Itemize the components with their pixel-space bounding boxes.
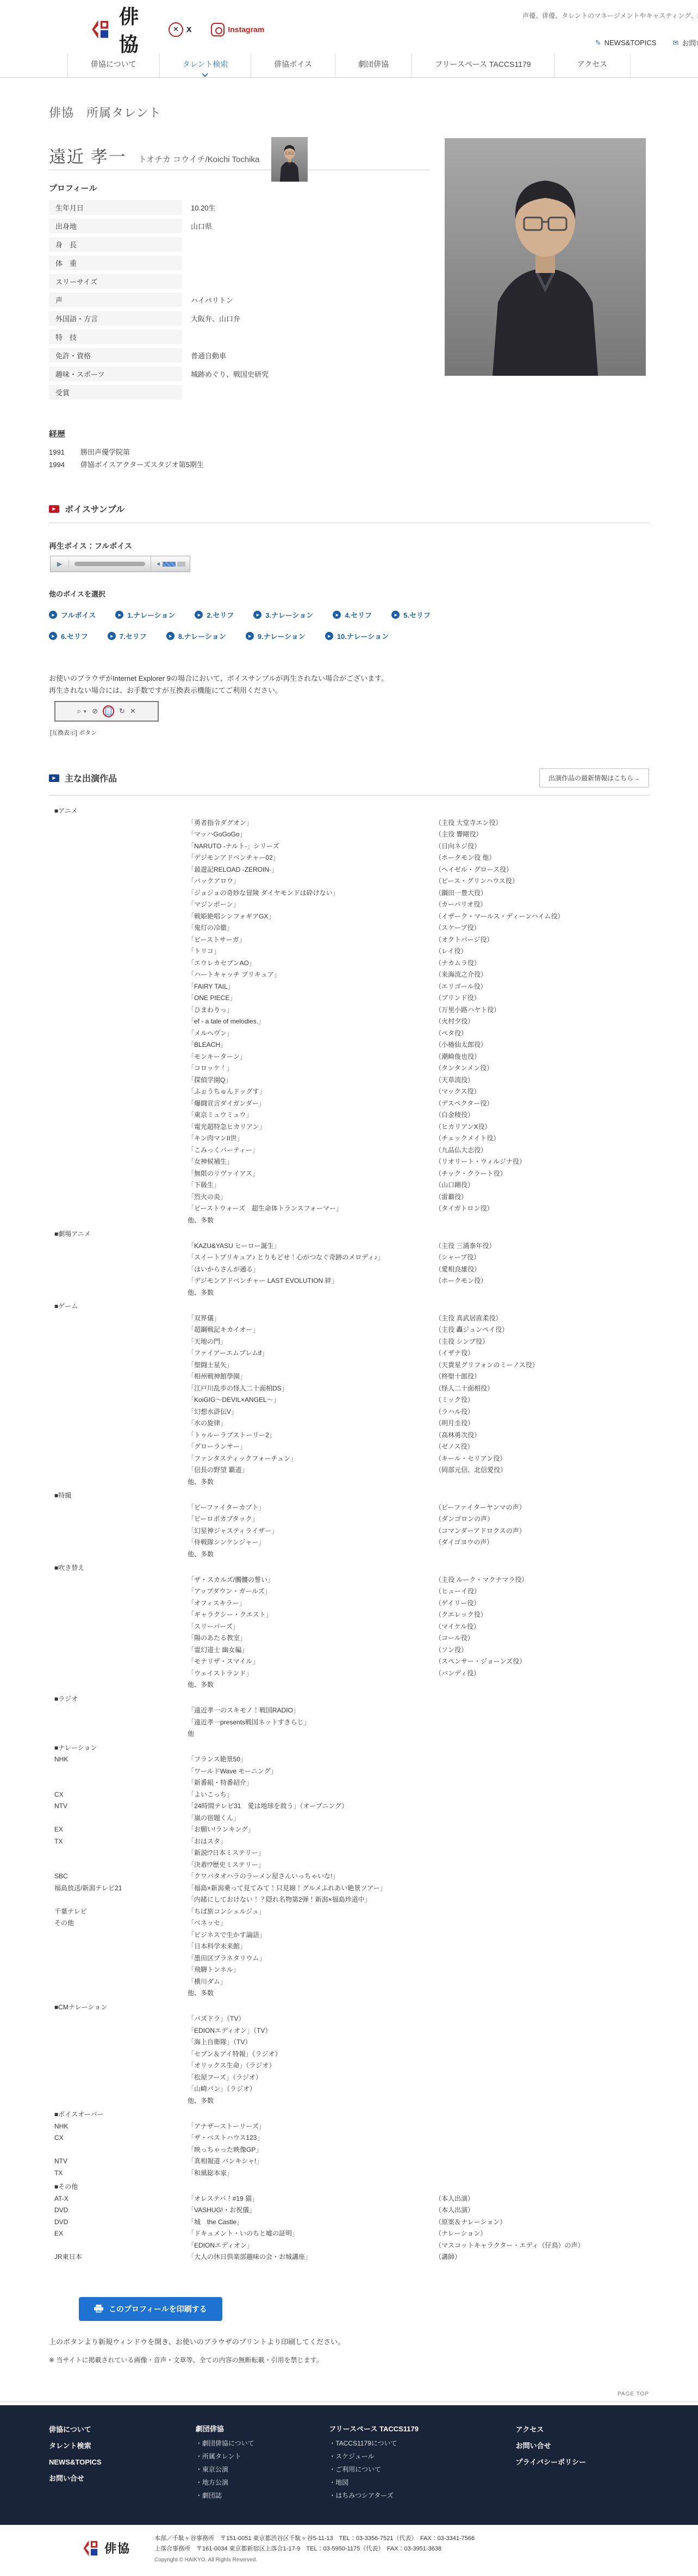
work-role: （エリゴール役） (435, 981, 649, 993)
voice-button-v8[interactable]: ▶8.ナレーション (166, 631, 226, 641)
works-row: 「山崎パン」（ラジオ） (49, 2083, 649, 2095)
work-station (49, 1941, 182, 1953)
work-title: 「アナザーストーリーズ」 (182, 2121, 435, 2133)
mail-icon: ✉ (672, 39, 678, 47)
x-link[interactable]: ✕ X (169, 22, 191, 37)
work-title: 「水の旋律」 (182, 1418, 435, 1430)
work-title: 「松屋フーズ」（ラジオ） (182, 2072, 435, 2084)
work-station (49, 1812, 182, 1824)
work-title: 「和風総本家」 (182, 2168, 435, 2180)
works-row: 「メルヘヴン」（ペタ役） (49, 1028, 649, 1040)
work-role: （コール役） (435, 1632, 649, 1644)
work-role (435, 2060, 649, 2072)
work-role: （ナカムラ役） (435, 958, 649, 970)
work-role: （イザーク・マールス・ディーンハイム役） (435, 911, 649, 923)
work-role (435, 1705, 649, 1717)
seek-bar[interactable] (74, 562, 145, 566)
works-row: 「聖闘士星矢」（天貴星グリフォンのミーノス役） (49, 1360, 649, 1371)
profile-row: 特 技 (49, 330, 429, 344)
work-role (435, 1777, 649, 1789)
works-row: 「爆闘宣言ダイガンダー」（デスペクター役） (49, 1098, 649, 1110)
profile-row: 趣味・スポーツ城跡めぐり、戦国史研究 (49, 367, 429, 381)
audio-player: ▶ ◄ (50, 556, 190, 572)
work-station (49, 1264, 182, 1276)
work-role: （ヒカリアンX役） (435, 1121, 649, 1133)
works-more: 他、多数 (182, 2095, 435, 2107)
works-row: 「烈火の炎」（雷覇役） (49, 1191, 649, 1203)
work-role: （万里小路ハヤト役） (435, 1004, 649, 1016)
works-row: 「横川ダム」 (49, 1976, 649, 1988)
works-more-spacer (49, 1476, 182, 1488)
work-station (49, 2037, 182, 2049)
works-row: DVD「VASHUG!・お祝儀」（本人出演） (49, 2205, 649, 2217)
footer-heading-gekidan: 劇団俳協 (196, 2422, 329, 2437)
work-station (49, 1348, 182, 1360)
profile-row: 声ハイバリトン (49, 293, 429, 307)
play-circle-icon: ▶ (246, 632, 254, 640)
profile-row: 身 長 (49, 237, 429, 252)
voice-button-v5[interactable]: ▶5.セリフ (391, 610, 431, 620)
work-role: （タイガトロン役） (435, 1203, 649, 1215)
works-row: その他「ベネッセ」 (49, 1917, 649, 1929)
ie-note-line2: 再生されない場合には、お手数ですが互換表示機能にてご利用ください。 (49, 685, 649, 697)
work-title: 「コロッケ！」 (182, 1063, 435, 1075)
works-more-spacer (49, 1549, 182, 1561)
career-text: 俳協ボイスアクターズスタジオ第5期生 (80, 461, 204, 469)
work-station (49, 876, 182, 887)
work-title: 「VASHUG!・お祝儀」 (182, 2205, 435, 2217)
works-more-row: 他、多数 (49, 2095, 649, 2107)
footer-link[interactable]: ・東京公演 (196, 2463, 329, 2476)
voice-button-v3[interactable]: ▶3.ナレーション (253, 610, 313, 620)
work-role: （ゼノス役） (435, 1441, 649, 1453)
work-role: （本人出演） (435, 2193, 649, 2205)
voice-button-v10[interactable]: ▶10.ナレーション (325, 631, 389, 641)
work-role: （カーバリオ役） (435, 899, 649, 911)
work-role: （潮崎俊也役） (435, 1051, 649, 1063)
work-title: 「海上自衛隊」（TV） (182, 2037, 435, 2049)
header-link-news[interactable]: ✎NEWS&TOPICS (595, 38, 657, 48)
work-title: 「24時間テレビ31 愛は地球を救う」（オープニング） (182, 1801, 435, 1812)
work-station (49, 2240, 182, 2252)
work-title: 「戦姫絶唱シンフォギアGX」 (182, 911, 435, 923)
work-role (435, 1836, 649, 1848)
work-title: 「お願い!ランキング」 (182, 1824, 435, 1836)
work-role (435, 2037, 649, 2049)
work-station: TX (49, 2168, 182, 2180)
profile-row: 受賞 (49, 385, 429, 400)
dropdown-caret-icon: ▼ (83, 709, 87, 714)
works-row: 「デジモンアドベンチャー LAST EVOLUTION 絆」（ホークモン役） (49, 1275, 649, 1287)
profile-label: 受賞 (49, 385, 182, 400)
work-station (49, 1168, 182, 1180)
voice-button-label: 4.セリフ (345, 610, 372, 620)
works-category-row: ■その他 (49, 2181, 649, 2193)
work-title: 「双界儀」 (182, 1313, 435, 1325)
work-title: 「下級生」 (182, 1180, 435, 1191)
work-station (49, 1847, 182, 1859)
profile-label: スリーサイズ (49, 274, 182, 289)
nav-item-taccs1179[interactable]: フリースペース TACCS1179 (412, 53, 553, 77)
work-title: 「BLEACH」 (182, 1039, 435, 1051)
works-category-row: ■ナレーション (49, 1742, 649, 1754)
footer-link[interactable]: 俳協について (49, 2422, 196, 2438)
work-title: 「ちば旅コンシェルジュ」 (182, 1906, 435, 1918)
play-circle-icon: ▶ (325, 632, 333, 640)
works-row: 「スイートプリキュア♪ とりもどせ！心がつなぐ奇跡のメロディ♪」（シャープ役） (49, 1252, 649, 1264)
work-station (49, 2049, 182, 2060)
work-title: 「墨田区プラネタリウム」 (182, 1953, 435, 1965)
nav-item-about[interactable]: 俳協について (67, 53, 159, 77)
works-row: 「江戸川乱歩の怪人二十面相DS」（怪人二十面相役） (49, 1383, 649, 1395)
profile-value (182, 330, 200, 344)
work-station (49, 1717, 182, 1729)
footer-link[interactable]: ・劇団誌 (196, 2489, 329, 2502)
work-station: SBC (49, 1871, 182, 1883)
work-role: （愛相良雄役） (435, 1264, 649, 1276)
ie-note: お使いのブラウザがInternet Explorer 9の場合において、ボイスサ… (49, 673, 649, 697)
page-title: 俳協 所属タレント (49, 104, 649, 121)
compat-view-icon (105, 707, 111, 715)
voice-button-label: 8.ナレーション (178, 631, 226, 641)
work-role: （ナレーション） (435, 2228, 649, 2240)
works-more-row: 他、多数 (49, 1476, 649, 1488)
now-playing-label: 再生ボイス：フルボイス (49, 541, 649, 551)
site-logo-text: 俳協 (119, 2, 149, 57)
talent-name-row: 遠近 孝一 トオチカ コウイチ/Koichi Tochika (49, 137, 429, 170)
header-links: ✎NEWS&TOPICS✉お問い合せ▢プライバシーポリシー (595, 38, 698, 48)
works-row: 「相州戦神館學園」（柊聖十郎役） (49, 1371, 649, 1383)
works-row: 「ビジネスで生かす論語」 (49, 1929, 649, 1941)
speaker-icon: ◄ (155, 561, 161, 567)
work-title: 「ドキュメント・いのちと嘘の証明」 (182, 2228, 435, 2240)
compat-highlight-ring (103, 705, 114, 717)
copyright: Copyright © HAIKYO. All Rights Reserved. (154, 2557, 475, 2563)
work-station: DVD (49, 2205, 182, 2217)
works-row: 「エウレカセブンAO」（ナカムラ役） (49, 958, 649, 970)
work-role (435, 1871, 649, 1883)
work-title: 「超鋼戦記キカイオー」 (182, 1324, 435, 1336)
voice-button-v2[interactable]: ▶2.セリフ (195, 610, 234, 620)
works-more: 他、多数 (182, 1988, 435, 2000)
works-category: ■劇場アニメ (49, 1228, 649, 1240)
work-role (435, 1883, 649, 1895)
works-row: 「決着!?歴史ミステリー」 (49, 1859, 649, 1871)
profile-row: 体 重 (49, 256, 429, 270)
footer-link[interactable]: お問い合せ (516, 2438, 649, 2454)
work-title: 「横川ダム」 (182, 1976, 435, 1988)
work-role: （天草流役） (435, 1075, 649, 1087)
work-station (49, 2083, 182, 2095)
footer-link[interactable]: ・TACCS1179について (329, 2437, 515, 2450)
work-station (49, 1039, 182, 1051)
work-title: 「KoiGIG～DEVIL×ANGEL～」 (182, 1394, 435, 1406)
work-station (49, 1203, 182, 1215)
work-station: EX (49, 2228, 182, 2240)
works-row: 「パズドラ」（TV） (49, 2013, 649, 2025)
work-role (435, 1859, 649, 1871)
works-row: 「ワールドWave モーニング」 (49, 1766, 649, 1778)
work-role: （スペンサー・ジョーンズ役） (435, 1656, 649, 1668)
profile-label: 趣味・スポーツ (49, 367, 182, 381)
work-station (49, 946, 182, 958)
talent-name: 遠近 孝一 (49, 143, 127, 167)
works-more-spacer (49, 1679, 182, 1691)
work-title: 「ギャラクシー・クエスト」 (182, 1609, 435, 1621)
work-role: （ヒューイ役） (435, 1586, 649, 1598)
work-station (49, 1145, 182, 1157)
work-role: （高林勇次役） (435, 1430, 649, 1442)
works-more: 他、多数 (182, 1287, 435, 1299)
work-title: 「ベネッセ」 (182, 1917, 435, 1929)
work-role: （コマンダーアドロクスの声） (435, 1525, 649, 1537)
works-latest-button[interactable]: 出演作品の最新情報はこちら→ (539, 768, 649, 787)
work-role: （イザナ役） (435, 1348, 649, 1360)
works-row: 「遠近孝一のスキモノ！戦国RADIO」 (49, 1705, 649, 1717)
work-role (435, 1917, 649, 1929)
header-right: 声優、俳優、タレントのマネージメントやキャスティング、劇団俳協でのミュージカル、… (264, 7, 698, 52)
profile-row: 外国語・方言大阪弁、山口弁 (49, 311, 429, 326)
nav-item-talent-search[interactable]: タレント検索 (159, 53, 251, 77)
footer-col-taccs: フリースペース TACCS1179 ・TACCS1179について・スケジュール・… (329, 2422, 515, 2502)
footer-link[interactable]: ・スケジュール (329, 2450, 515, 2463)
work-role (435, 1801, 649, 1812)
voice-button-v9[interactable]: ▶9.ナレーション (246, 631, 306, 641)
work-title: 「モンキーターン」 (182, 1051, 435, 1063)
play-button[interactable]: ▶ (51, 560, 69, 568)
voice-button-v6[interactable]: ▶6.セリフ (49, 631, 88, 641)
work-station (49, 899, 182, 911)
works-row: 「戦姫絶唱シンフォギアGX」（イザーク・マールス・ディーンハイム役） (49, 911, 649, 923)
works-category-row: ■ボイスオーバー (49, 2109, 649, 2121)
works-row: 「ふぉうちゅんドッグす」（マックス役） (49, 1086, 649, 1098)
works-row: 「コロッケ！」（タンタンメン役） (49, 1063, 649, 1075)
works-row: 「ザ・スカルズ/髑髏の誓い」（主役 ルーク・マクナマラ役） (49, 1574, 649, 1586)
print-profile-button[interactable]: このプロフィールを印刷する (79, 2297, 222, 2321)
page-top-link[interactable]: PAGE TOP (618, 2391, 649, 2397)
refresh-icon: ↻ (119, 707, 125, 716)
work-role: （鋼田一豊大役） (435, 887, 649, 899)
work-title: 「アップダウン・ガールズ」 (182, 1586, 435, 1598)
nav-item-gekidan[interactable]: 劇団俳協 (335, 53, 412, 77)
works-more-row: 他、多数 (49, 1988, 649, 2000)
footer-link[interactable]: ・所属タレント (196, 2450, 329, 2463)
work-role (435, 2156, 649, 2168)
works-row: 「ハートキャッチ プリキュア」（来海流之介役） (49, 969, 649, 981)
work-role: （ヘイゼル・グロース役） (435, 864, 649, 876)
work-role: （ゲイリー役） (435, 1598, 649, 1610)
work-role: （九品仏大志役） (435, 1145, 649, 1157)
voice-row-2: ▶6.セリフ▶7.セリフ▶8.ナレーション▶9.ナレーション▶10.ナレーション (49, 631, 649, 641)
work-station (49, 911, 182, 923)
works-row: 「日本科学未来館」 (49, 1941, 649, 1953)
footer-link[interactable]: ・はちみつシアターズ (329, 2489, 515, 2502)
work-title: 「メルヘヴン」 (182, 1028, 435, 1040)
works-section-play-icon: ▶ (49, 774, 59, 782)
works-category-row: ■ラジオ (49, 1693, 649, 1705)
footer-link[interactable]: アクセス (516, 2422, 649, 2438)
voice-button-full[interactable]: ▶フルボイス (49, 610, 96, 620)
work-title: 「オリックス生命」（ラジオ） (182, 2060, 435, 2072)
work-title: 「烈火の炎」 (182, 1191, 435, 1203)
pencil-icon: ✎ (595, 39, 601, 47)
play-circle-icon: ▶ (195, 611, 203, 619)
work-station: 千葉テレビ (49, 1906, 182, 1918)
voice-button-v4[interactable]: ▶4.セリフ (333, 610, 372, 620)
work-station (49, 1394, 182, 1406)
instagram-link[interactable]: Instagram (211, 23, 264, 36)
works-more-row: 他、多数 (49, 1287, 649, 1299)
work-title: 「ビーロボカブタック」 (182, 1513, 435, 1525)
header-link-contact[interactable]: ✉お問い合せ (672, 38, 698, 48)
works-row: 千葉テレビ「ちば旅コンシェルジュ」 (49, 1906, 649, 1918)
work-station (49, 1537, 182, 1549)
work-title: 「ザ・スカルズ/髑髏の誓い」 (182, 1574, 435, 1586)
works-row: 「ひまわりっ」（万里小路ハヤト役） (49, 1004, 649, 1016)
works-more: 他、多数 (182, 1215, 435, 1227)
work-station (49, 1964, 182, 1976)
works-row: TX「おはスタ」 (49, 1836, 649, 1848)
work-title: 「遠近孝一presents戦国ネットすきらじ」 (182, 1717, 435, 1729)
footer-link[interactable]: タレント検索 (49, 2438, 196, 2454)
work-role (435, 2121, 649, 2133)
work-station (49, 1098, 182, 1110)
work-station (49, 1133, 182, 1145)
work-role: （ダンゴロンの声） (435, 1513, 649, 1525)
bottom-logo[interactable]: 俳協 (82, 2540, 130, 2557)
work-station (49, 1336, 182, 1348)
footer-link[interactable]: ・ご利用について (329, 2463, 515, 2476)
work-title: 「幻星神ジャスティライザー」 (182, 1525, 435, 1537)
footer-link[interactable]: ・地図 (329, 2476, 515, 2489)
works-row: 「墨田区プラネタリウム」 (49, 1953, 649, 1965)
works-row: 「デジモンアドベンチャー02」（ホークモン役 他） (49, 852, 649, 864)
voice-button-label: 10.ナレーション (337, 631, 389, 641)
work-role (435, 1824, 649, 1836)
work-role (435, 1964, 649, 1976)
work-role: （主役 シンブ役） (435, 1336, 649, 1348)
work-role: （主役 大堂寺エン役） (435, 817, 649, 829)
work-role: （日向ネジ役） (435, 841, 649, 853)
top-bar: 俳協 ✕ X Instagram 声優、俳優、タレントのマネージメントやキャステ… (0, 0, 698, 52)
work-role (435, 1941, 649, 1953)
play-circle-icon: ▶ (115, 611, 123, 619)
works-row: NTV「真相報道 バンキシャ!」 (49, 2156, 649, 2168)
work-title: 「福島×新潟乗って見てみて！只見線！グルメふれあい絶景ツアー」 (182, 1883, 435, 1895)
works-more-spacer (49, 1215, 182, 1227)
footer-link[interactable]: NEWS&TOPICS (49, 2454, 196, 2471)
work-station: NTV (49, 1801, 182, 1812)
work-title: 「真相報道 バンキシャ!」 (182, 2156, 435, 2168)
work-station (49, 922, 182, 934)
work-station (49, 1240, 182, 1252)
works-row: CX「ザ・ベストハウス123」 (49, 2132, 649, 2144)
footer-link[interactable]: ・地方公演 (196, 2476, 329, 2489)
work-station (49, 1777, 182, 1789)
works-row: 「下級生」（山口剛役） (49, 1180, 649, 1191)
voice-button-v1[interactable]: ▶1.ナレーション (115, 610, 175, 620)
volume-control[interactable]: ◄ (151, 556, 190, 572)
volume-level (163, 562, 176, 567)
voice-button-label: 1.ナレーション (127, 610, 175, 620)
footer-link[interactable]: プライバシーポリシー (516, 2454, 649, 2471)
footer-link[interactable]: ・劇団俳協について (196, 2437, 329, 2450)
works-row: 「嵐の宿題くん」 (49, 1812, 649, 1824)
work-station (49, 1360, 182, 1371)
talent-photo-thumbnail (271, 137, 308, 182)
work-title: 「江戸川乱歩の怪人二十面相DS」 (182, 1383, 435, 1395)
work-title: 「KAZU&YASU ヒーロー誕生」 (182, 1240, 435, 1252)
print-note: 上のボタンより新規ウィンドウを開き、お使いのブラウザのプリントより印刷してくださ… (49, 2336, 649, 2347)
works-category-row: ■ゲーム (49, 1301, 649, 1313)
x-label: X (186, 25, 191, 34)
works-row: EX「お願い!ランキング」 (49, 1824, 649, 1836)
work-station (49, 829, 182, 841)
site-logo[interactable]: 俳協 ✕ X Instagram (90, 7, 264, 52)
profile-value: 普通自動車 (182, 348, 235, 363)
work-title: 「嵐の宿題くん」 (182, 1812, 435, 1824)
work-title: 「ビジネスで生かす論語」 (182, 1929, 435, 1941)
works-row: NTV「24時間テレビ31 愛は地球を救う」（オープニング） (49, 1801, 649, 1812)
profile-table: 生年月日10.20生出身地山口県身 長体 重スリーサイズ声ハイバリトン外国語・方… (49, 200, 429, 400)
profile-label: 出身地 (49, 219, 182, 233)
footer-link[interactable]: お問い合せ (49, 2471, 196, 2487)
work-title: 「幻想水滸伝V」 (182, 1406, 435, 1418)
x-icon: ✕ (169, 22, 183, 37)
work-station (49, 2025, 182, 2037)
magnifier-icon: ⌕ (77, 707, 81, 716)
works-row: AT-X「オレステバ！#19 猫」（本人出演） (49, 2193, 649, 2205)
nav-item-access[interactable]: アクセス (554, 53, 631, 77)
work-station (49, 1406, 182, 1418)
page-top-row: PAGE TOP (49, 2388, 649, 2401)
work-role: （白金稜役） (435, 1109, 649, 1121)
works-row: 「天地の門」（主役 シンブ役） (49, 1336, 649, 1348)
works-row: 「海上自衛隊」（TV） (49, 2037, 649, 2049)
profile-label: 身 長 (49, 237, 182, 252)
play-circle-icon: ▶ (333, 611, 341, 619)
work-station (49, 1051, 182, 1063)
work-station (49, 1705, 182, 1717)
work-title: 「デジモンアドベンチャー02」 (182, 852, 435, 864)
career-heading: 経歴 (49, 428, 649, 439)
nav-item-haikyo-voice[interactable]: 俳協ボイス (251, 53, 335, 77)
work-title: 「決着!?歴史ミステリー」 (182, 1859, 435, 1871)
works-row: 「ウェイストランド」（バンディ役） (49, 1668, 649, 1680)
work-role: （主役 ルーク・マクナマラ役） (435, 1574, 649, 1586)
address-line-1: 本部／千駄ヶ谷事務所 〒151-0051 東京都渋谷区千駄ヶ谷5-11-13 T… (154, 2534, 475, 2544)
career-item: 1991勝田声優学院第 (49, 446, 649, 458)
works-heading: 主な出演作品 (65, 772, 117, 784)
works-category: ■その他 (49, 2181, 649, 2193)
voice-button-v7[interactable]: ▶7.セリフ (108, 631, 147, 641)
works-row: 「セブン＆アイ特報」（ラジオ） (49, 2049, 649, 2060)
work-station (49, 1976, 182, 1988)
works-row: 「無限のリヴァイアス」（チック・クラート役） (49, 1168, 649, 1180)
works-row: 「東京ミュウミュウ」（白金稜役） (49, 1109, 649, 1121)
work-role (435, 2144, 649, 2156)
profile-value: 山口県 (182, 219, 221, 233)
works-row: 「トリコ」（レイ役） (49, 946, 649, 958)
work-role: （原案＆ナレーション） (435, 2217, 649, 2229)
work-station (49, 1383, 182, 1395)
works-row: 「最遊記RELOAD -ZEROIN-」（ヘイゼル・グロース役） (49, 864, 649, 876)
works-row: 「マッハGoGoGo」（主役 響剛役） (49, 829, 649, 841)
work-station (49, 1156, 182, 1168)
work-role: （ミック役） (435, 1394, 649, 1406)
work-title: 「聖闘士星矢」 (182, 1360, 435, 1371)
work-role: （明月圭役） (435, 1418, 649, 1430)
